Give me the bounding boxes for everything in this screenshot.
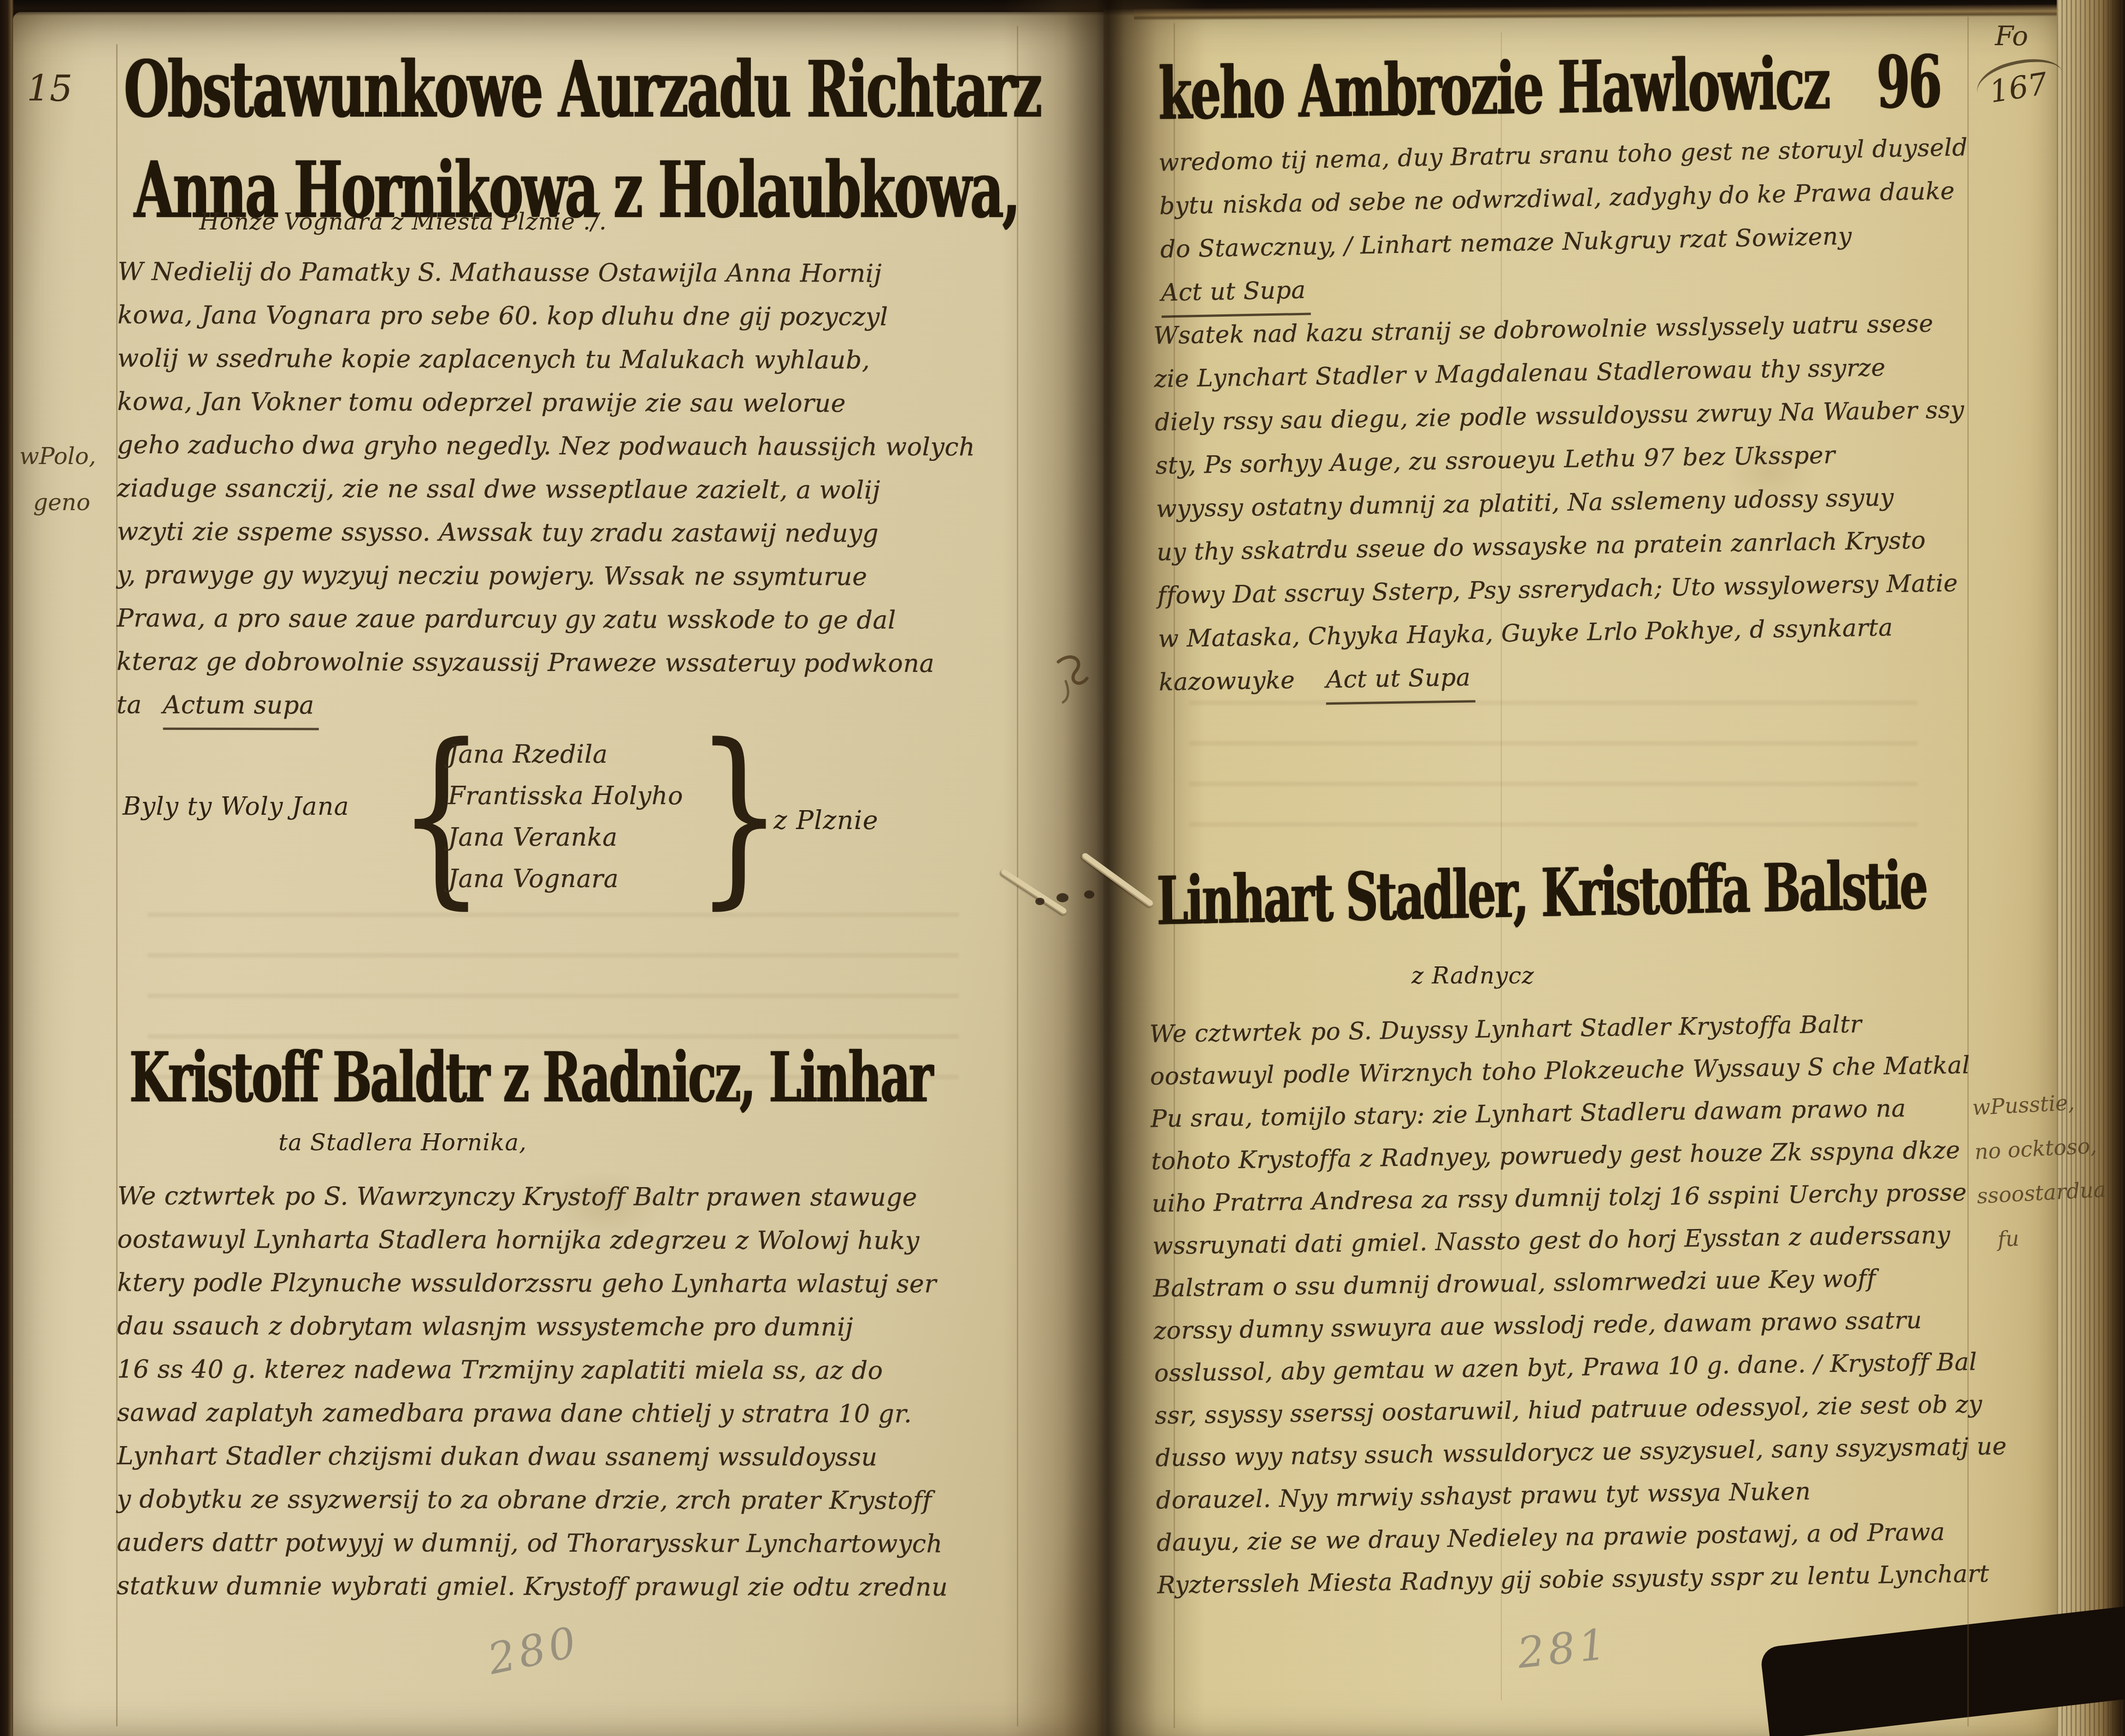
body-line: ziaduge ssanczij, zie ne ssal dwe wssept… [117, 466, 1021, 512]
entry5-body-paragraph: We cztwrtek po S. Duyssy Lynhart Stadler… [1149, 1002, 1978, 1607]
body-line: y dobytku ze ssyzwersij to za obrane drz… [117, 1477, 1021, 1522]
body-line: kowa, Jana Vognara pro sebe 60. kop dluh… [118, 293, 1021, 339]
entry2-heading-line1: Kristoff Baldtr z Radnicz, Linhar [129, 1042, 931, 1112]
body-line: dau ssauch z dobrytam wlasnjm wssystemch… [117, 1304, 1021, 1349]
witness-origin: z Plznie [773, 806, 879, 836]
book-fore-edge [2057, 0, 2125, 1736]
body-line: Lynhart Stadler chzijsmi dukan dwau ssan… [117, 1434, 1021, 1479]
bleedthrough-area [1189, 700, 1918, 853]
margin-note-line: no ocktoso, [1973, 1123, 2105, 1174]
closing-word: ta [117, 690, 142, 719]
witness-name: Jana Rzedila [448, 734, 683, 775]
entry3-heading-continuation: keho Ambrozie Hawlowicz 96 [1158, 46, 1940, 130]
margin-note-line: wPusstie, [1971, 1079, 2102, 1130]
entry3-body-paragraph: wredomo tij nema, duy Bratru sranu toho … [1158, 126, 1964, 314]
body-line: ktery podle Plzynuche wssuldorzssru geho… [117, 1261, 1021, 1306]
margin-note-line: fu [1978, 1212, 2109, 1263]
entry-heading-line1: Obstawunkowe Aurzadu Richtarz [124, 52, 1040, 129]
sewing-hole [1057, 893, 1068, 902]
closing-word: kazowuyke [1159, 666, 1295, 696]
witness-name: Jana Veranka [448, 817, 683, 858]
close-brace: } [695, 720, 783, 911]
pencil-foliation-right: 281 [1515, 1619, 1612, 1678]
body-line: 16 ss 40 g. kterez nadewa Trzmijny zapla… [117, 1348, 1021, 1392]
margin-note-line: geno [19, 479, 96, 525]
entry-subtitle: Honze Vognara z Miesta Plznie ./. [199, 208, 607, 235]
actum-formula: Act ut Supa [1161, 268, 1311, 318]
heading-sum-number: 96 [1876, 39, 1940, 125]
entry-body-paragraph: W Nedielij do Pamatky S. Mathausse Ostaw… [117, 250, 1021, 729]
entry5-heading-line1: Linhart Stadler, Kristoffa Balstie [1156, 852, 1926, 935]
right-margin-note: wPusstie, no ocktoso, ssoostardua fu [1971, 1079, 2109, 1262]
binding-tab [1052, 649, 1096, 706]
entry-index-number: 15 [27, 68, 72, 110]
witness-name: Frantisska Holyho [448, 775, 683, 817]
sewing-hole [1035, 898, 1045, 905]
margin-note-line: wPolo, [19, 433, 96, 479]
body-line-closing: ta Actum supa [117, 683, 1020, 729]
manuscript-spread: 15 Obstawunkowe Aurzadu Richtarz Anna Ho… [0, 0, 2125, 1736]
entry2-body-paragraph: We cztwrtek po S. Wawrzynczy Krystoff Ba… [117, 1174, 1021, 1609]
body-line: geho zaducho dwa gryho negedly. Nez podw… [117, 423, 1021, 469]
body-line: kteraz ge dobrowolnie ssyzaussij Praweze… [117, 640, 1020, 685]
body-line: W Nedielij do Pamatky S. Mathausse Ostaw… [118, 250, 1021, 295]
entry4-body-paragraph: Wsatek nad kazu stranij se dobrowolnie w… [1153, 301, 1979, 704]
margin-note-line: ssoostardua [1976, 1167, 2107, 1218]
body-line: y, prawyge gy wyzyuj necziu powjery. Wss… [117, 553, 1020, 599]
body-line: sawad zaplatyh zamedbara prawa dane chti… [117, 1391, 1021, 1436]
entry2-subtitle: ta Stadlera Hornika, [278, 1129, 527, 1156]
body-line: wzyti zie sspeme ssysso. Awssak tuy zrad… [117, 510, 1021, 555]
body-line: oostawuyl Lynharta Stadlera hornijka zde… [117, 1218, 1021, 1262]
body-line: Prawa, a pro saue zaue pardurcuy gy zatu… [117, 596, 1020, 642]
body-line: wolij w ssedruhe kopie zaplacenych tu Ma… [118, 336, 1021, 382]
witness-label: Byly ty Woly Jana [123, 792, 349, 821]
folio-label: Fo [1995, 20, 2028, 52]
heading-text: keho Ambrozie Hawlowicz [1158, 41, 1829, 136]
witness-name: Jana Vognara [448, 858, 683, 900]
entry5-subtitle: z Radnycz [1411, 962, 1535, 989]
book-left-edge [0, 0, 14, 1736]
body-line: auders dattr potwyyj w dumnij, od Thorar… [117, 1521, 1020, 1565]
actum-formula: Act ut Supa [1326, 656, 1476, 705]
body-line: We cztwrtek po S. Wawrzynczy Krystoff Ba… [118, 1174, 1021, 1219]
actum-formula: Actum supa [163, 683, 319, 730]
body-line: statkuw dumnie wybrati gmiel. Krystoff p… [117, 1564, 1020, 1609]
witness-list: Jana Rzedila Frantisska Holyho Jana Vera… [448, 734, 683, 900]
sewing-hole [1084, 890, 1094, 899]
body-line: kowa, Jan Vokner tomu odeprzel prawije z… [117, 380, 1021, 425]
left-margin-note: wPolo, geno [19, 433, 96, 525]
